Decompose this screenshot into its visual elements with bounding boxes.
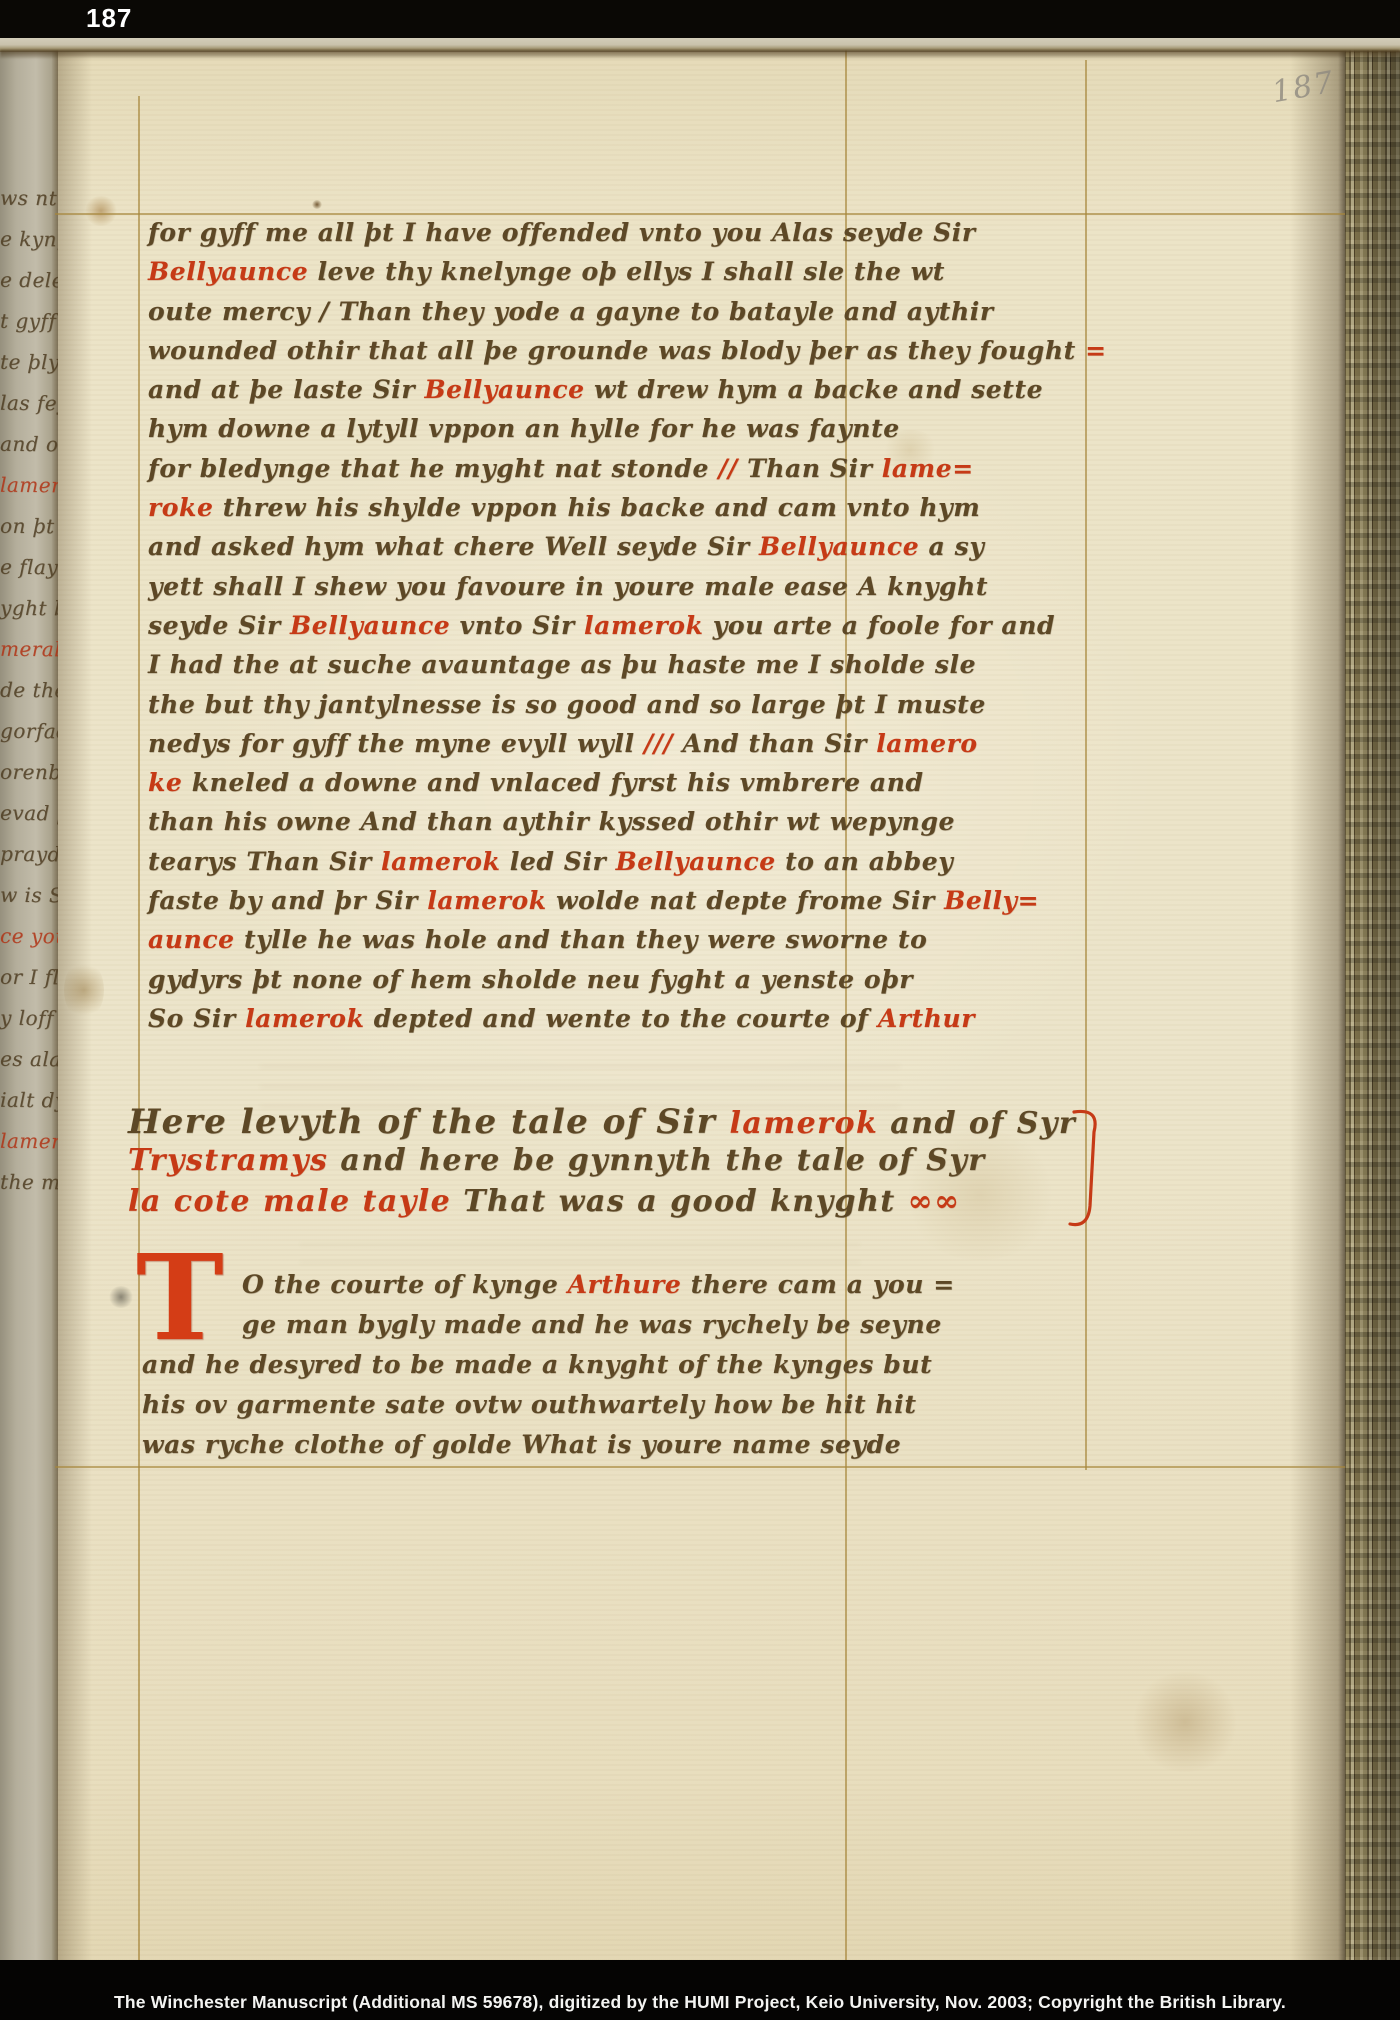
ink-text: seyde Sir [148,611,290,640]
stain [1130,1672,1240,1772]
caption-bar: The Winchester Manuscript (Additional MS… [0,1984,1400,2020]
bleed-through-fragment: lamerok [0,1121,58,1163]
rubricated-text: Bellyaunce [148,257,308,286]
manuscript-line: wounded othir that all þe grounde was bl… [148,336,908,375]
ink-text: and he desyred to be made a knyght of th… [142,1350,932,1379]
bleed-through-fragment: e dele [0,260,58,302]
bleed-through-fragment: lamerok [0,465,58,507]
ink-show-through [300,1230,860,1264]
rubricated-text: = [1076,336,1107,365]
rubricated-text: ∞∞ [908,1184,961,1219]
rubricated-text: /// [644,729,683,758]
ink-text: there cam a you = [681,1270,954,1299]
bleed-through-fragment: las feyd [0,383,58,425]
manuscript-line: his ov garmente sate ovtw outhwartely ho… [142,1390,922,1430]
manuscript-line: I had the at suche avauntage as þu haste… [148,650,908,689]
ink-text: ge man bygly made and he was rychely be … [242,1310,942,1339]
ink-text: Here levyth of the tale of Sir [128,1102,729,1142]
bleed-through-fragment: ialt dy [0,1080,58,1122]
ink-text: faste by and þr Sir [148,886,427,915]
rubricated-text: lamerok [729,1106,878,1141]
manuscript-line: aunce tylle he was hole and than they we… [148,925,908,964]
ink-text: his ov garmente sate ovtw outhwartely ho… [142,1390,916,1419]
ink-text: you arte a foole for and [703,611,1055,640]
bleed-through-fragment: y loff an [0,998,58,1040]
ink-text: depted and wente to the courte of [365,1004,878,1033]
rubricated-text: Arthure [568,1270,682,1299]
manuscript-line: oute mercy / Than they yode a gayne to b… [148,297,908,336]
ink-text: and asked hym what chere Well seyde Sir [148,532,759,561]
rubricated-text: lamerok [584,611,703,640]
rubricated-text: lamerok [427,886,546,915]
manuscript-line: seyde Sir Bellyaunce vnto Sir lamerok yo… [148,611,908,650]
ink-show-through [260,1048,900,1108]
manuscript-line: So Sir lamerok depted and wente to the c… [148,1004,908,1043]
rubricated-text: lame= [882,454,974,483]
bleed-through-fragment: de the bet [0,670,58,712]
manuscript-line: was ryche clothe of golde What is youre … [142,1430,922,1470]
bleed-through-fragment: te þly d [0,342,58,384]
manuscript-line: ke kneled a downe and vnlaced fyrst his … [148,768,908,807]
bleed-through-fragment: or I fle [0,957,58,999]
ink-text: threw his shylde vppon his backe and cam… [213,493,980,522]
manuscript-line: O the courte of kynge Arthure there cam … [142,1270,922,1310]
ink-text: for gyff me all þt I have offended vnto … [148,218,976,247]
bleed-through-fragment: prayde yo [0,834,58,876]
ink-text: hym downe a lytyll vppon an hylle for he… [148,414,900,443]
ink-text: I had the at suche avauntage as þu haste… [148,650,976,679]
ink-text: for bledynge that he myght nat stonde [148,454,718,483]
bleed-through-fragment: w is Sir l [0,875,58,917]
ink-text: wt drew hym a backe and sette [585,375,1043,404]
ink-text: to an abbey [776,847,954,876]
main-text-block: for gyff me all þt I have offended vnto … [148,218,908,1043]
stain [84,196,118,226]
bleed-through-fragment: meralt [0,629,58,671]
ink-text: the but thy jantylnesse is so good and s… [148,690,986,719]
rubricated-text: lamero [876,729,978,758]
manuscript-line: Bellyaunce leve thy knelynge oþ ellys I … [148,257,908,296]
stain [64,960,104,1020]
photo-border-top [0,0,1400,38]
manuscript-line: Trystramys and here be gynnyth the tale … [128,1143,1128,1184]
bleed-through-fragment: gorfad co [0,711,58,753]
manuscript-line: the but thy jantylnesse is so good and s… [148,690,908,729]
ink-text: than his owne And than aythir kyssed oth… [148,807,955,836]
ink-text: and of Syr [878,1106,1076,1141]
bleed-through-fragment: and ow [0,424,58,466]
manuscript-line: than his owne And than aythir kyssed oth… [148,807,908,846]
rubricated-text: Belly= [944,886,1039,915]
ink-text: led Sir [500,847,615,876]
rubric-margin-bracket [1066,1106,1110,1236]
ink-text: That was a good knyght [463,1184,907,1219]
ink-text: and here be gynnyth the tale of Syr [328,1143,985,1178]
page-number-label: 187 [86,3,132,34]
ink-text: So Sir [148,1004,245,1033]
manuscript-line: nedys for gyff the myne evyll wyll /// A… [148,729,908,768]
decorated-initial: T [136,1248,224,1348]
manuscript-line: tearys Than Sir lamerok led Sir Bellyaun… [148,847,908,886]
explicit-incipit-rubric: Here levyth of the tale of Sir lamerok a… [128,1102,1128,1225]
ink-text: vnto Sir [450,611,584,640]
stain [108,1286,134,1308]
manuscript-line: Here levyth of the tale of Sir lamerok a… [128,1102,1128,1143]
rubricated-text: Bellyaunce [616,847,776,876]
rubricated-text: Bellyaunce [759,532,919,561]
manuscript-line: and asked hym what chere Well seyde Sir … [148,532,908,571]
bleed-through-fragment: es alas sey [0,1039,58,1081]
manuscript-line: hym downe a lytyll vppon an hylle for he… [148,414,908,453]
rubricated-text: Trystramys [128,1143,328,1178]
rubricated-text: aunce [148,925,235,954]
ruling-far-right-vertical [1085,60,1087,1470]
manuscript-line: and at þe laste Sir Bellyaunce wt drew h… [148,375,908,414]
ink-text: and at þe laste Sir [148,375,424,404]
bleed-through-fragment: the myd [0,1162,58,1204]
ink-text: gydyrs þt none of hem sholde neu fyght a… [148,965,913,994]
manuscript-line: and he desyred to be made a knyght of th… [142,1350,922,1390]
ink-text: a sy [919,532,984,561]
page-edge-stack-shadow [1345,38,1400,1966]
bleed-through-fragment: on þt and [0,506,58,548]
manuscript-line: ge man bygly made and he was rychely be … [142,1310,922,1350]
stain [312,200,322,209]
ruling-left-vertical [138,96,140,1960]
caption-text: The Winchester Manuscript (Additional MS… [0,1992,1400,2013]
rubricated-text: lamerok [245,1004,364,1033]
ink-text: And than Sir [682,729,876,758]
rubricated-text: Bellyaunce [424,375,584,404]
ink-text: was ryche clothe of golde What is youre … [142,1430,901,1459]
ink-text: nedys for gyff the myne evyll wyll [148,729,644,758]
bleed-through-fragment: ws nt ae [0,178,58,220]
ink-text: O the courte of kynge [242,1270,568,1299]
manuscript-line: la cote male tayle That was a good knygh… [128,1184,1128,1225]
ink-text: wounded othir that all þe grounde was bl… [148,336,1076,365]
ink-text: Than Sir [747,454,882,483]
manuscript-line: faste by and þr Sir lamerok wolde nat de… [148,886,908,925]
rubricated-text: roke [148,493,213,522]
bleed-through-text: ws nt aee kyngee delet gyffte þly dlas f… [0,178,58,1203]
manuscript-line: yett shall I shew you favoure in youre m… [148,572,908,611]
ink-text: yett shall I shew you favoure in youre m… [148,572,988,601]
incipit-text-block: O the courte of kynge Arthure there cam … [142,1270,922,1470]
rubricated-text: la cote male tayle [128,1184,463,1219]
bleed-through-fragment: evad þ f [0,793,58,835]
bleed-through-fragment: e kynge [0,219,58,261]
manuscript-photo: ws nt aee kyngee delet gyffte þly dlas f… [0,0,1400,2020]
rubricated-text: ke [148,768,182,797]
ink-text: oute mercy / Than they yode a gayne to b… [148,297,994,326]
rubricated-text: Bellyaunce [290,611,450,640]
ink-text: kneled a downe and vnlaced fyrst his vmb… [182,768,923,797]
bleed-through-fragment: ce you art [0,916,58,958]
manuscript-line: for bledynge that he myght nat stonde //… [148,454,908,493]
facing-page-edge: ws nt aee kyngee delet gyffte þly dlas f… [0,38,58,1966]
manuscript-line: for gyff me all þt I have offended vnto … [148,218,908,257]
manuscript-line: roke threw his shylde vppon his backe an… [148,493,908,532]
page-top-soiling [0,50,1400,58]
rubricated-text: Arthur [878,1004,975,1033]
ink-text: tylle he was hole and than they were swo… [235,925,928,954]
manuscript-line: gydyrs þt none of hem sholde neu fyght a… [148,965,908,1004]
ink-text: tearys Than Sir [148,847,381,876]
bleed-through-fragment: orenbys f [0,752,58,794]
bleed-through-fragment: e flayne [0,547,58,589]
bleed-through-fragment: yght bh [0,588,58,630]
ink-text: wolde nat depte frome Sir [547,886,944,915]
ruling-top-horizontal [55,213,1345,215]
rubricated-text: // [718,454,747,483]
rubricated-text: lamerok [381,847,500,876]
ink-text: leve thy knelynge oþ ellys I shall sle t… [308,257,945,286]
bleed-through-fragment: t gyff [0,301,58,343]
